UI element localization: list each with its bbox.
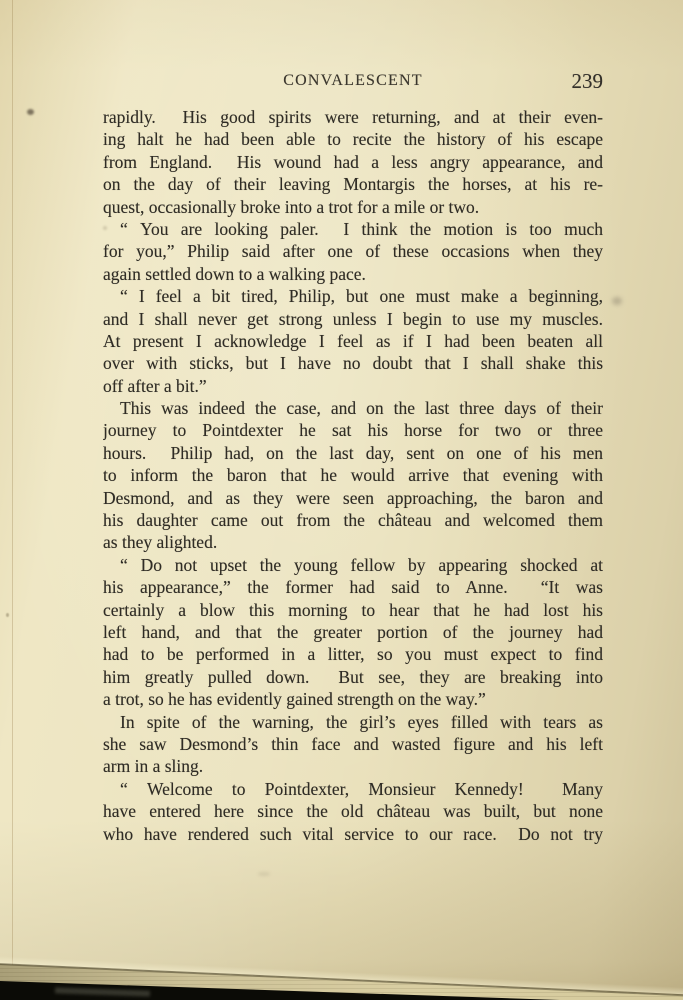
running-header: CONVALESCENT 239 <box>103 72 603 90</box>
text-line: ing halt he had been able to recite the … <box>103 128 603 150</box>
text-line: hours. Philip had, on the last day, sent… <box>103 442 603 464</box>
paragraph: “ You are looking paler. I think the mot… <box>103 218 603 285</box>
text-line: arm in a sling. <box>103 755 603 777</box>
text-line: quest, occasionally broke into a trot fo… <box>103 196 603 218</box>
text-line: “ Do not upset the young fellow by appea… <box>103 554 603 576</box>
text-line: a trot, so he has evidently gained stren… <box>103 688 603 710</box>
scanned-book-photo: CONVALESCENT 239 rapidly. His good spiri… <box>0 0 683 1000</box>
text-line: “ You are looking paler. I think the mot… <box>103 218 603 240</box>
text-line: on the day of their leaving Montargis th… <box>103 173 603 195</box>
text-line: and I shall never get strong unless I be… <box>103 308 603 330</box>
text-line: over with sticks, but I have no doubt th… <box>103 352 603 374</box>
text-line: Desmond, and as they were seen approachi… <box>103 487 603 509</box>
text-column: rapidly. His good spirits were returning… <box>103 106 603 845</box>
text-line: she saw Desmond’s thin face and wasted f… <box>103 733 603 755</box>
paragraph: “ I feel a bit tired, Philip, but one mu… <box>103 285 603 397</box>
text-line: left hand, and that the greater portion … <box>103 621 603 643</box>
text-line: This was indeed the case, and on the las… <box>103 397 603 419</box>
text-line: who have rendered such vital service to … <box>103 823 603 845</box>
printed-content: CONVALESCENT 239 rapidly. His good spiri… <box>103 0 603 845</box>
text-line: from England. His wound had a less angry… <box>103 151 603 173</box>
text-line: rapidly. His good spirits were returning… <box>103 106 603 128</box>
text-line: as they alighted. <box>103 531 603 553</box>
paragraph: rapidly. His good spirits were returning… <box>103 106 603 218</box>
text-line: journey to Pointdexter he sat his horse … <box>103 419 603 441</box>
paragraph: “ Welcome to Pointdexter, Monsieur Kenne… <box>103 778 603 845</box>
text-line: In spite of the warning, the girl’s eyes… <box>103 711 603 733</box>
running-title: CONVALESCENT <box>283 72 422 89</box>
text-line: certainly a blow this morning to hear th… <box>103 599 603 621</box>
text-line: had to be performed in a litter, so you … <box>103 643 603 665</box>
text-line: again settled down to a walking pace. <box>103 263 603 285</box>
ink-speck <box>27 109 34 115</box>
text-line: his daughter came out from the château a… <box>103 509 603 531</box>
book-page: CONVALESCENT 239 rapidly. His good spiri… <box>0 0 683 1000</box>
text-line: At present I acknowledge I feel as if I … <box>103 330 603 352</box>
scan-smudge <box>258 872 270 876</box>
page-number: 239 <box>572 69 604 94</box>
paragraph: “ Do not upset the young fellow by appea… <box>103 554 603 711</box>
text-line: his appearance,” the former had said to … <box>103 576 603 598</box>
paragraph: In spite of the warning, the girl’s eyes… <box>103 711 603 778</box>
book-spine-glint <box>55 987 150 996</box>
text-line: have entered here since the old château … <box>103 800 603 822</box>
scan-smudge <box>612 297 622 305</box>
text-line: “ I feel a bit tired, Philip, but one mu… <box>103 285 603 307</box>
text-line: off after a bit.” <box>103 375 603 397</box>
text-line: “ Welcome to Pointdexter, Monsieur Kenne… <box>103 778 603 800</box>
text-line: for you,” Philip said after one of these… <box>103 240 603 262</box>
page-left-crease <box>12 0 13 1000</box>
ink-speck <box>6 613 9 617</box>
paragraph: This was indeed the case, and on the las… <box>103 397 603 554</box>
text-line: him greatly pulled down. But see, they a… <box>103 666 603 688</box>
text-line: to inform the baron that he would arrive… <box>103 464 603 486</box>
